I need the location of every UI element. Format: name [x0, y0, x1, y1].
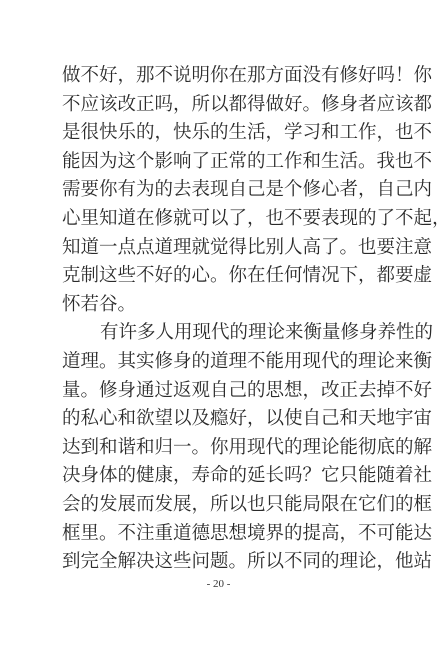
text-line: 量。修身通过返观自己的思想，改正去掉不好	[62, 377, 392, 406]
text-line: 不应该改正吗，所以都得做好。修身者应该都	[62, 91, 392, 120]
text-line: 需要你有为的去表现自己是个修心者，自己内	[62, 176, 392, 205]
text-line: 道理。其实修身的道理不能用现代的理论来衡	[62, 348, 392, 377]
text-line: 到完全解决这些问题。所以不同的理论，他站	[62, 548, 392, 577]
text-line: 克制这些不好的心。你在任何情况下，都要虚	[62, 262, 392, 291]
text-line: 是很快乐的，快乐的生活，学习和工作，也不	[62, 119, 392, 148]
body-text: 做不好，那不说明你在那方面没有修好吗！你 不应该改正吗，所以都得做好。修身者应该…	[62, 62, 392, 577]
text-line: 会的发展而发展，所以也只能局限在它们的框	[62, 491, 392, 520]
text-line: 框里。不注重道德思想境界的提高，不可能达	[62, 520, 392, 549]
text-line: 有许多人用现代的理论来衡量修身养性的	[62, 319, 392, 348]
page-number: - 20 -	[0, 576, 437, 592]
text-line: 能因为这个影响了正常的工作和生活。我也不	[62, 148, 392, 177]
text-line: 心里知道在修就可以了，也不要表现的了不起，	[62, 205, 392, 234]
text-line: 知道一点点道理就觉得比别人高了。也要注意	[62, 234, 392, 263]
text-line: 做不好，那不说明你在那方面没有修好吗！你	[62, 62, 392, 91]
text-line: 决身体的健康，寿命的延长吗？它只能随着社	[62, 462, 392, 491]
text-line: 达到和谐和归一。你用现代的理论能彻底的解	[62, 434, 392, 463]
document-page: 做不好，那不说明你在那方面没有修好吗！你 不应该改正吗，所以都得做好。修身者应该…	[0, 0, 437, 657]
text-line: 的私心和欲望以及瘾好，以使自己和天地宇宙	[62, 405, 392, 434]
text-line: 怀若谷。	[62, 291, 392, 320]
